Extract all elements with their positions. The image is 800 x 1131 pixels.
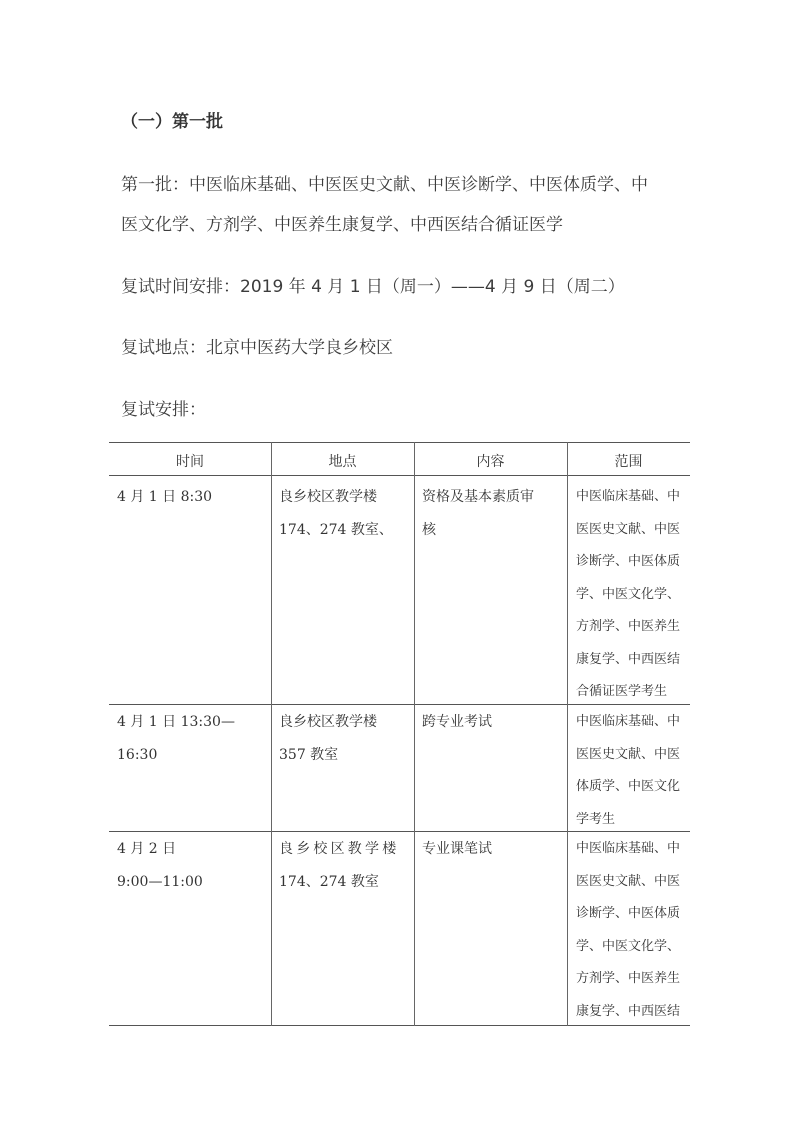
row-scope: 中医临床基础、中 医医史文献、中医 诊断学、中医体质 学、中医文化学、 方剂学、… <box>576 481 688 709</box>
section-heading: （一）第一批 <box>121 107 223 132</box>
schedule-table: 时间 地点 内容 范围 4 月 1 日 8:30 良乡校区教学楼 174、274… <box>109 442 690 1026</box>
row-scope: 中医临床基础、中 医医史文献、中医 诊断学、中医体质 学、中医文化学、 方剂学、… <box>576 833 688 1028</box>
row-time: 4 月 1 日 8:30 <box>117 481 267 514</box>
header-place: 地点 <box>271 449 414 475</box>
retest-arrangement-label: 复试安排： <box>121 395 206 420</box>
row-content: 专业课笔试 <box>422 833 567 866</box>
row-place: 良乡校区教学楼 357 教室 <box>279 706 414 771</box>
retest-location: 复试地点：北京中医药大学良乡校区 <box>121 333 393 358</box>
row-scope: 中医临床基础、中 医医史文献、中医 体质学、中医文化 学考生 <box>576 706 688 836</box>
column-divider <box>414 442 415 1026</box>
header-time: 时间 <box>109 449 271 475</box>
row-time: 4 月 1 日 13:30— 16:30 <box>117 706 267 771</box>
column-divider <box>567 442 568 1026</box>
row-place: 良乡校区教学楼 174、274 教室 <box>279 833 414 898</box>
row-place: 良乡校区教学楼 174、274 教室、 <box>279 481 414 546</box>
row-time: 4 月 2 日 9:00—11:00 <box>117 833 267 898</box>
header-content: 内容 <box>414 449 567 475</box>
header-scope: 范围 <box>567 449 690 475</box>
row-content: 资格及基本素质审 核 <box>422 481 567 546</box>
table-top-border <box>109 442 690 443</box>
header-bottom-border <box>109 475 690 476</box>
batch-subjects-line-2: 医文化学、方剂学、中医养生康复学、中西医结合循证医学 <box>121 210 563 235</box>
row-content: 跨专业考试 <box>422 706 567 739</box>
column-divider <box>271 442 272 1026</box>
retest-time-schedule: 复试时间安排：2019 年 4 月 1 日（周一）——4 月 9 日（周二） <box>121 272 625 297</box>
batch-subjects-line-1: 第一批：中医临床基础、中医医史文献、中医诊断学、中医体质学、中 <box>121 170 648 195</box>
